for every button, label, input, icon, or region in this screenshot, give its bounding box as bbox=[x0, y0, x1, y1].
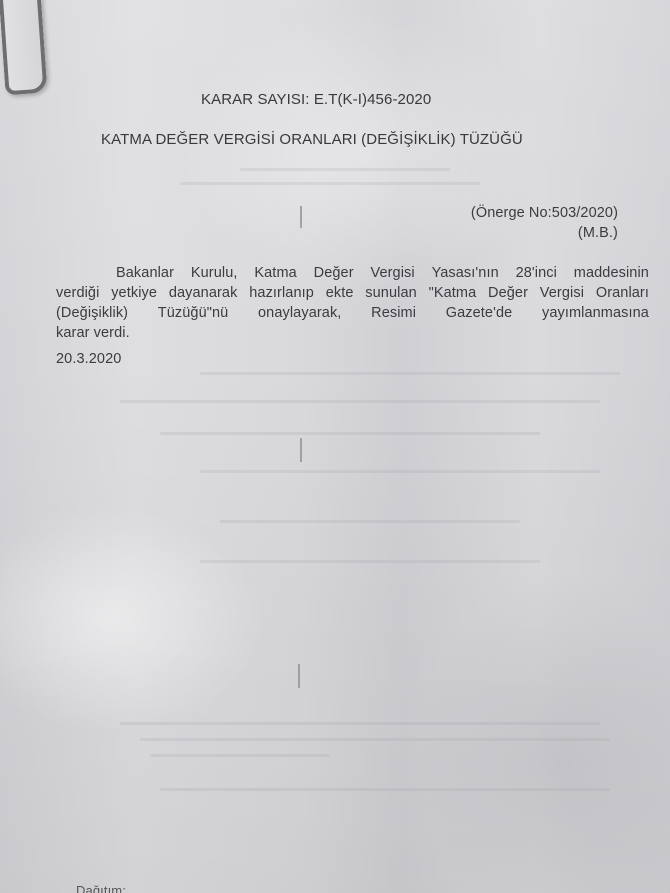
paragraph-line: verdiğiyetkiyedayanarakhazırlanıpektesun… bbox=[56, 285, 649, 301]
word: Katma bbox=[254, 265, 296, 281]
fold-mark bbox=[298, 664, 300, 688]
word: verdiği bbox=[56, 285, 99, 301]
paper-clip-icon bbox=[0, 0, 48, 95]
word: Değer bbox=[314, 265, 354, 281]
word: Vergisi bbox=[370, 265, 414, 281]
word: Resimi bbox=[371, 305, 416, 321]
fold-mark bbox=[300, 206, 302, 228]
word: ekte bbox=[326, 285, 354, 301]
word: Oranları bbox=[596, 285, 649, 301]
fold-mark bbox=[300, 438, 302, 462]
paragraph-line: karar verdi. bbox=[56, 325, 130, 341]
distribution-label: Dağıtım: bbox=[76, 883, 126, 893]
document-date: 20.3.2020 bbox=[56, 351, 121, 367]
word: dayanarak bbox=[169, 285, 238, 301]
word: Bakanlar bbox=[116, 265, 174, 281]
word: Tüzüğü"nü bbox=[158, 305, 229, 321]
word: yayımlanmasına bbox=[542, 305, 649, 321]
word: "Katma bbox=[429, 285, 477, 301]
word: yetkiye bbox=[111, 285, 157, 301]
word: Yasası'nın bbox=[432, 265, 499, 281]
word: Gazete'de bbox=[446, 305, 513, 321]
ministry-code: (M.B.) bbox=[578, 225, 618, 241]
word: onaylayarak, bbox=[258, 305, 341, 321]
document-title: KATMA DEĞER VERGİSİ ORANLARI (DEĞİŞİKLİK… bbox=[101, 131, 523, 148]
word: maddesinin bbox=[574, 265, 649, 281]
word: Kurulu, bbox=[191, 265, 238, 281]
word: Vergisi bbox=[540, 285, 584, 301]
word: hazırlanıp bbox=[249, 285, 314, 301]
paragraph-line: (Değişiklik)Tüzüğü"nüonaylayarak,ResimiG… bbox=[56, 305, 649, 321]
decision-number: KARAR SAYISI: E.T(K-I)456-2020 bbox=[201, 91, 431, 108]
word: (Değişiklik) bbox=[56, 305, 128, 321]
paragraph-line: BakanlarKurulu,KatmaDeğerVergisiYasası'n… bbox=[116, 265, 649, 281]
word: Değer bbox=[488, 285, 528, 301]
word: sunulan bbox=[365, 285, 417, 301]
word: 28'inci bbox=[516, 265, 557, 281]
motion-number: (Önerge No:503/2020) bbox=[471, 205, 618, 221]
